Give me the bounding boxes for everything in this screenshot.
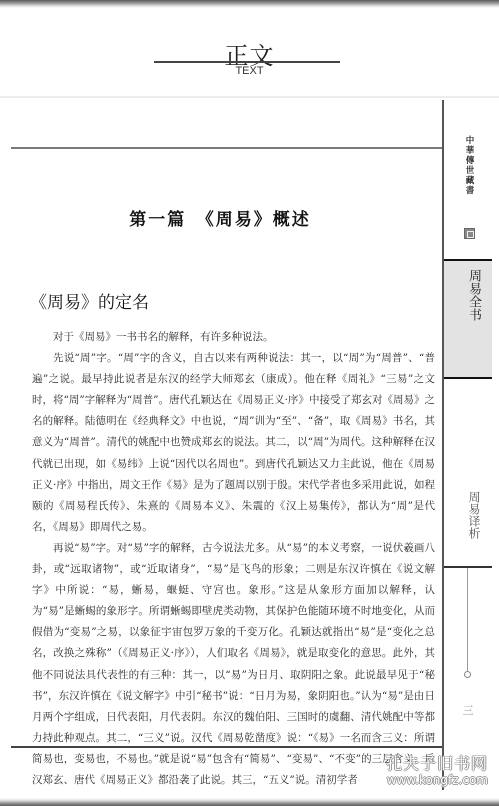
- book-page-scan: 第一篇 《周易》概述 《周易》的定名 对于《周易》一书书名的解释，有许多种说法。…: [10, 98, 499, 798]
- page-bottom-rule: [11, 746, 443, 748]
- paragraph: 对于《周易》一书书名的解释，有许多种说法。: [32, 327, 435, 348]
- thumb-tab-book: 周易全书: [444, 259, 492, 379]
- chapter-title: 第一篇 《周易》概述: [10, 205, 430, 230]
- page-top-rule: [11, 147, 443, 149]
- series-label: 中華傳世藏書: [463, 136, 477, 196]
- bookmark-knot-icon: [464, 671, 471, 678]
- thumb-tab-rule: [444, 566, 492, 568]
- window-bottom-shadow: [0, 798, 499, 806]
- page-number: 三: [460, 702, 476, 718]
- paragraph: 先说“周”字。“周”字的含义，自古以来有两种说法：其一，以“周”为“周普”、“普…: [32, 348, 435, 538]
- seal-icon: [464, 228, 475, 239]
- watermark-name: 孔夫子旧书网: [368, 754, 488, 773]
- thumb-tab-subtitle: 周易译析: [461, 491, 486, 539]
- side-margin: 中華傳世藏書 周易全书 周易译析 三: [444, 98, 499, 798]
- watermark-url: www.kongfz.com: [368, 773, 488, 787]
- body-text: 对于《周易》一书书名的解释，有许多种说法。 先说“周”字。“周”字的含义，自古以…: [32, 327, 435, 791]
- section-header: 正文 TEXT: [0, 8, 499, 98]
- bookmark-thread-icon: [467, 568, 468, 672]
- watermark: 孔夫子旧书网 www.kongfz.com: [368, 754, 488, 787]
- thumb-tab-label: 周易全书: [461, 269, 486, 321]
- header-divider: [154, 61, 340, 63]
- header-subtitle: TEXT: [0, 65, 499, 77]
- section-title: 《周易》的定名: [30, 288, 149, 313]
- window-top-shadow: [0, 0, 499, 8]
